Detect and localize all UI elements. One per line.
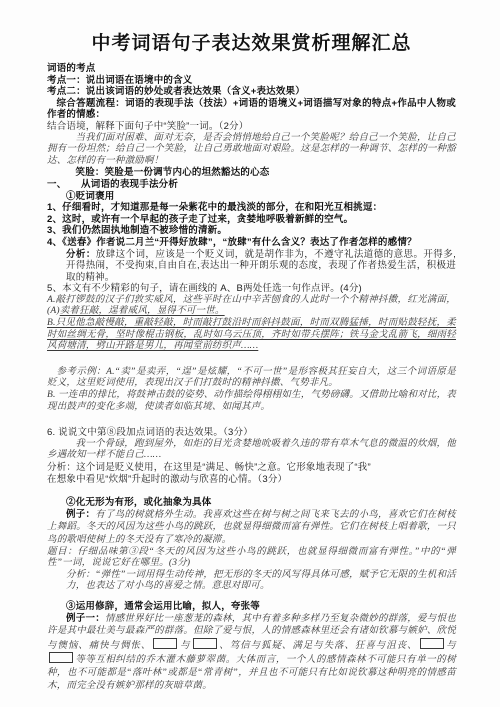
item6-analysis-line1: 分析：这个词是贬义使用，在这里是“满足、畅快”之意。它形象地表现了“我” xyxy=(47,462,456,474)
passage-line-b: B.只见他急敲慢敲，重敲轻敲，时而敲打鼓沿时而斜抖鼓面，时而双腾猛捶，时而贴鼓轻… xyxy=(47,318,456,353)
example-one-label: 例子一： xyxy=(66,613,105,624)
kaodian-point-1: 考点一：说出词语在语境中的含义 xyxy=(47,75,456,87)
item6-passage: 我一个骨碌，跑到屋外，如炬的目光贪婪地吮吸着久违的带有草木气息的微温的炊烟，他乡… xyxy=(47,439,456,462)
section1-sub-heading: ①贬词褒用 xyxy=(66,191,456,203)
intro-passage: 当我们面对困难、面对无奈，是否会悄悄地给自己一个笑脸呢？给自己一个笑脸，让自己拥… xyxy=(47,133,456,168)
intro-answer: 笑脸：笑脸是一份调节内心的坦然豁达的心态 xyxy=(76,167,457,179)
fill-blank-box xyxy=(420,638,444,649)
answer-process: 综合答题流程：词语的表现手法（技法）+词语的语境义+词语描写对象的特点+作品中人… xyxy=(47,98,456,121)
spacer xyxy=(47,485,456,497)
spacer xyxy=(47,353,456,367)
example-item-2: 2、这时，或许有一个早起的孩子走了过来，贪婪地呼吸着新鲜的空气。 xyxy=(47,214,456,226)
example-one-seg3: 等等互相纠结的乔木灌木藤萝翠菌。大体而言，一个人的感情森林不可能只有单一的树种，… xyxy=(47,655,456,690)
kaodian-point-2: 考点二：说出该词语的妙处或者表达效果（含义+表达效果） xyxy=(47,86,456,98)
section3-heading: ③运用修辞，通常会运用比喻，拟人，夸张等 xyxy=(66,601,456,613)
example-label: 例子： xyxy=(66,509,95,520)
passage-line-a: A.敲打锣鼓的汉子们敦实威风，这些平时在山中辛苦刨食的人此时一个个精神抖擞，红光… xyxy=(47,295,456,318)
example-item-5: 5、本文有不少精彩的句子，请在画线的 A、B两处任选一句作点评。(4分) xyxy=(47,283,456,295)
line-a-underlined: 卖着狂敲，逞着威风，显得不可一世。 xyxy=(60,306,225,316)
example-one-conn1: 与 xyxy=(179,641,190,651)
fill-blank-box xyxy=(153,638,177,649)
intro-question: 结合语境，解释下面句子中“笑脸”一词。（2分） xyxy=(47,121,456,133)
example-item-3: 3、我们仍然固执地制造不被珍惜的清新。 xyxy=(47,225,456,237)
fill-blank-box xyxy=(49,652,73,663)
section2-analysis: 分析：“弹性”一词用得生动传神，把无形的冬天的风写得具体可感，赋予它无限的生机和… xyxy=(66,570,456,593)
spacer xyxy=(47,593,456,601)
reference-example-a: 参考示例：A.“卖”是卖弄，“逞”是炫耀，“不可一世”是形容极其狂妄自大，这三个… xyxy=(47,367,456,390)
document-page: 中考词语句子表达效果赏析理解汇总 词语的考点 考点一：说出词语在语境中的含义 考… xyxy=(0,0,500,707)
reference-example-b: B. 一连串的排比，将鼓神击鼓的姿势、动作描绘得栩栩如生，气势磅礴。又借助比喻和… xyxy=(47,390,456,413)
example-text: 有了鸟的树就格外生动。我喜欢这些在树与树之间飞来飞去的小鸟，喜欢它们在树枝上舞蹈… xyxy=(47,510,456,545)
example-one-conn2: 与 xyxy=(446,641,456,651)
kaodian-header: 词语的考点 xyxy=(47,63,456,75)
example-item-6: 6. 说说文中第⑧段加点词语的表达效果。（3分） xyxy=(47,427,456,439)
example-item-4: 4、《送春》作者说二月兰“开得好放肆”，“放肆”有什么含义？表达了作者怎样的感情… xyxy=(47,237,456,249)
section1-heading: 一、 从词语的表现手法分析 xyxy=(47,179,456,191)
section2-question: 题目：仔细品味第③段“冬天的风因为这些小鸟的跳跃，也就显得细微而富有弹性。”中的… xyxy=(47,547,456,570)
item4-analysis: 分析：放肆这个词，应该是一个贬义词，就是胡作非为，不遵守礼法道德的意思。开得多,… xyxy=(66,249,456,284)
page-title: 中考词语句子表达效果赏析理解汇总 xyxy=(47,28,456,55)
example-item-1: 1、仔细看时，才知道那是每一朵紫花中的最浅淡的部分，在和阳光互相挑逗： xyxy=(47,202,456,214)
item6-analysis-line2: 在想象中看见“炊烟”升起时的激动与欣喜的心情。（3分） xyxy=(47,474,456,486)
section2-example: 例子：有了鸟的树就格外生动。我喜欢这些在树与树之间飞来飞去的小鸟，喜欢它们在树枝… xyxy=(47,509,456,547)
section2-heading: ②化无形为有形，或化抽象为具体 xyxy=(66,497,456,509)
fill-blank-box xyxy=(193,638,217,649)
section3-example: 例子一：情感世界好比一座葱茏的森林，其中有着多种多样乃至复杂微妙的群落，爱与恨也… xyxy=(47,613,456,693)
spacer xyxy=(47,413,456,427)
example-one-seg2: 、笃信与狐疑、满足与失落、狂喜与沮丧、 xyxy=(219,641,418,651)
analysis-label: 分析： xyxy=(66,249,96,260)
analysis-text: 放肆这个词，应该是一个贬义词，就是胡作非为，不遵守礼法道德的意思。开得多,开得热… xyxy=(66,249,456,283)
